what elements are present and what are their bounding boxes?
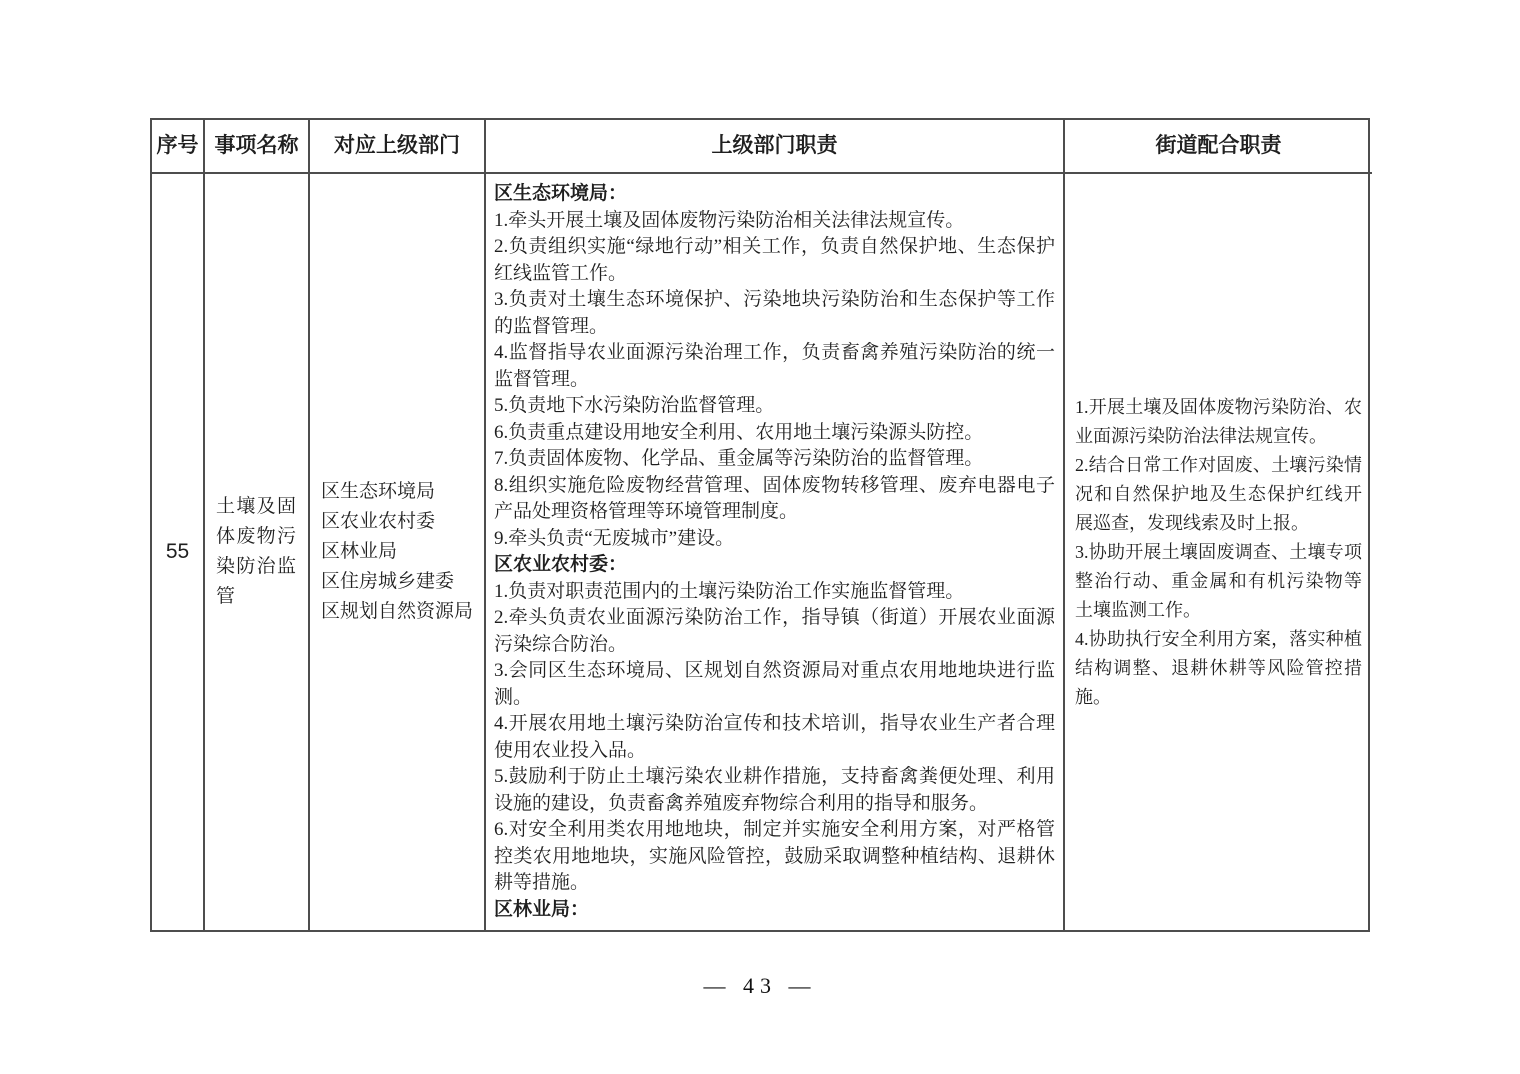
cell-seq-no: 55	[152, 174, 205, 930]
superior-duty-paragraph: 8.组织实施危险废物经营管理、固体废物转移管理、废弃电器电子产品处理资格管理等环…	[494, 473, 1055, 526]
document-page: 序号 事项名称 对应上级部门 上级部门职责 街道配合职责 55 土壤及固体废物污…	[0, 0, 1520, 1074]
superior-duty-paragraph: 区林业局：	[494, 897, 1055, 924]
department-name: 区生态环境局	[321, 477, 478, 507]
superior-duty-paragraph: 4.开展农用地土壤污染防治宣传和技术培训，指导农业生产者合理使用农业投入品。	[494, 711, 1055, 764]
superior-duty-paragraph: 9.牵头负责“无废城市”建设。	[494, 526, 1055, 553]
department-name: 区农业农村委	[321, 507, 478, 537]
cell-street-duties: 1.开展土壤及固体废物污染防治、农业面源污染防治法律法规宣传。2.结合日常工作对…	[1065, 174, 1372, 930]
superior-duty-paragraph: 2.负责组织实施“绿地行动”相关工作，负责自然保护地、生态保护红线监管工作。	[494, 234, 1055, 287]
street-duty-paragraph: 2.结合日常工作对固废、土壤污染情况和自然保护地及生态保护红线开展巡查，发现线索…	[1075, 451, 1362, 538]
header-street-duties: 街道配合职责	[1065, 120, 1372, 174]
responsibilities-table: 序号 事项名称 对应上级部门 上级部门职责 街道配合职责 55 土壤及固体废物污…	[150, 118, 1370, 932]
superior-duty-paragraph: 区生态环境局：	[494, 181, 1055, 208]
superior-duty-paragraph: 7.负责固体废物、化学品、重金属等污染防治的监督管理。	[494, 446, 1055, 473]
superior-duty-paragraph: 1.牵头开展土壤及固体废物污染防治相关法律法规宣传。	[494, 208, 1055, 235]
superior-duty-paragraph: 区农业农村委：	[494, 552, 1055, 579]
department-name: 区林业局	[321, 537, 478, 567]
header-seq-no: 序号	[152, 120, 205, 174]
superior-duty-paragraph: 5.负责地下水污染防治监督管理。	[494, 393, 1055, 420]
superior-duty-paragraph: 2.牵头负责农业面源污染防治工作，指导镇（街道）开展农业面源污染综合防治。	[494, 605, 1055, 658]
superior-duty-paragraph: 6.负责重点建设用地安全利用、农用地土壤污染源头防控。	[494, 420, 1055, 447]
department-name: 区规划自然资源局	[321, 597, 478, 627]
street-duty-paragraph: 1.开展土壤及固体废物污染防治、农业面源污染防治法律法规宣传。	[1075, 393, 1362, 451]
superior-duty-paragraph: 1.负责对职责范围内的土壤污染防治工作实施监督管理。	[494, 579, 1055, 606]
superior-duty-paragraph: 3.会同区生态环境局、区规划自然资源局对重点农用地地块进行监测。	[494, 658, 1055, 711]
seq-no-value: 55	[166, 540, 189, 564]
street-duty-paragraph: 3.协助开展土壤固废调查、土壤专项整治行动、重金属和有机污染物等土壤监测工作。	[1075, 538, 1362, 625]
superior-duty-paragraph: 6.对安全利用类农用地地块，制定并实施安全利用方案，对严格管控类农用地地块，实施…	[494, 817, 1055, 897]
cell-item-name: 土壤及固体废物污染防治监管	[205, 174, 310, 930]
header-superior-department: 对应上级部门	[310, 120, 486, 174]
header-item-name: 事项名称	[205, 120, 310, 174]
superior-duty-paragraph: 3.负责对土壤生态环境保护、污染地块污染防治和生态保护等工作的监督管理。	[494, 287, 1055, 340]
header-superior-duties: 上级部门职责	[486, 120, 1065, 174]
item-name-text: 土壤及固体废物污染防治监管	[216, 492, 297, 612]
superior-duty-paragraph: 5.鼓励利于防止土壤污染农业耕作措施，支持畜禽粪便处理、利用设施的建设，负责畜禽…	[494, 764, 1055, 817]
department-name: 区住房城乡建委	[321, 567, 478, 597]
cell-superior-departments: 区生态环境局区农业农村委区林业局区住房城乡建委区规划自然资源局	[310, 174, 486, 930]
cell-superior-duties: 区生态环境局：1.牵头开展土壤及固体废物污染防治相关法律法规宣传。2.负责组织实…	[486, 174, 1065, 930]
street-duty-paragraph: 4.协助执行安全利用方案，落实种植结构调整、退耕休耕等风险管控措施。	[1075, 625, 1362, 712]
page-number: — 43 —	[0, 973, 1520, 999]
superior-duty-paragraph: 4.监督指导农业面源污染治理工作，负责畜禽养殖污染防治的统一监督管理。	[494, 340, 1055, 393]
